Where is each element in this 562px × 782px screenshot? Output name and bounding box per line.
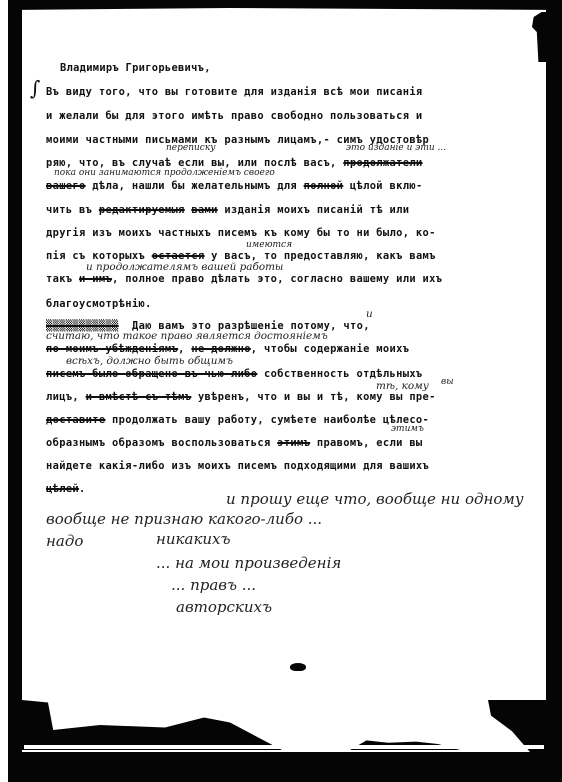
handwritten-note: этимъ — [391, 424, 424, 434]
handwritten-note: считаю, что такое право является достоян… — [46, 330, 328, 342]
handwritten-note: надо — [46, 532, 83, 550]
handwritten-note: и прошу еще что, вообще ни одному — [226, 490, 524, 508]
handwritten-note: ... на мои произведенія — [156, 554, 341, 572]
handwritten-note: вообще не признаю какого-либо ... — [46, 510, 322, 528]
ink-blot — [290, 663, 306, 671]
typed-line: другія изъ моихъ частныхъ писемъ къ кому… — [46, 227, 436, 239]
torn-corner-top-right — [532, 12, 548, 62]
typed-line: цѣлей. — [46, 483, 86, 495]
handwritten-note: это изданіе и эти ... — [346, 143, 446, 153]
typed-line: найдете какія-либо изъ моихъ писемъ подх… — [46, 460, 429, 472]
typed-line: по моимъ убѣжденіямъ, не должно, чтобы с… — [46, 343, 409, 355]
greeting: Владимиръ Григорьевичъ, — [60, 62, 211, 74]
typed-line: писемъ было обращено въ чью-либо собстве… — [46, 368, 423, 380]
handwritten-note: имеются — [246, 240, 292, 250]
typed-line: благоусмотрѣнію. — [46, 298, 152, 310]
typed-line: образнымъ образомъ воспользоваться этимъ… — [46, 437, 423, 449]
torn-edge-bottom-left — [22, 700, 282, 750]
film-edge-strip — [24, 745, 544, 749]
handwritten-note: никакихъ — [156, 530, 231, 548]
handwritten-note: пока они занимаются продолженіемъ своего — [54, 168, 275, 178]
typed-line: и желали бы для этого имѣть право свобод… — [46, 110, 423, 122]
scanned-page: Владимиръ Григорьевичъ, ∫ Въ виду того, … — [0, 0, 562, 782]
typed-line: Въ виду того, что вы готовите для издані… — [46, 86, 423, 98]
typed-line: лицъ, и вмѣстѣ съ тѣмъ увѣренъ, что и вы… — [46, 391, 436, 403]
scan-border-left — [8, 0, 22, 760]
typed-line: доставите продолжать вашу работу, сумѣет… — [46, 414, 429, 426]
scan-border-top — [8, 0, 562, 10]
scan-border-right — [546, 0, 562, 782]
handwritten-note: всѣхъ, должно быть общимъ — [66, 355, 233, 367]
typed-line: такъ и имъ, полное право дѣлать это, сог… — [46, 273, 442, 285]
handwritten-note: и — [366, 308, 373, 320]
handwritten-note: переписку — [166, 143, 215, 153]
handwritten-note: авторскихъ — [176, 598, 272, 616]
handwritten-note: тѣ, кому — [376, 380, 429, 392]
handwritten-note: и продолжателямъ вашей работы — [86, 261, 283, 273]
handwritten-note: вы — [441, 377, 454, 387]
typed-line: вашего дѣла, нашли бы желательнымъ для п… — [46, 180, 423, 192]
scan-border-bottom — [8, 752, 562, 782]
paragraph-bracket-mark: ∫ — [30, 78, 40, 98]
typed-line: чить въ редактируемыя вами изданія моихъ… — [46, 204, 409, 216]
handwritten-note: ... правъ ... — [171, 576, 256, 594]
